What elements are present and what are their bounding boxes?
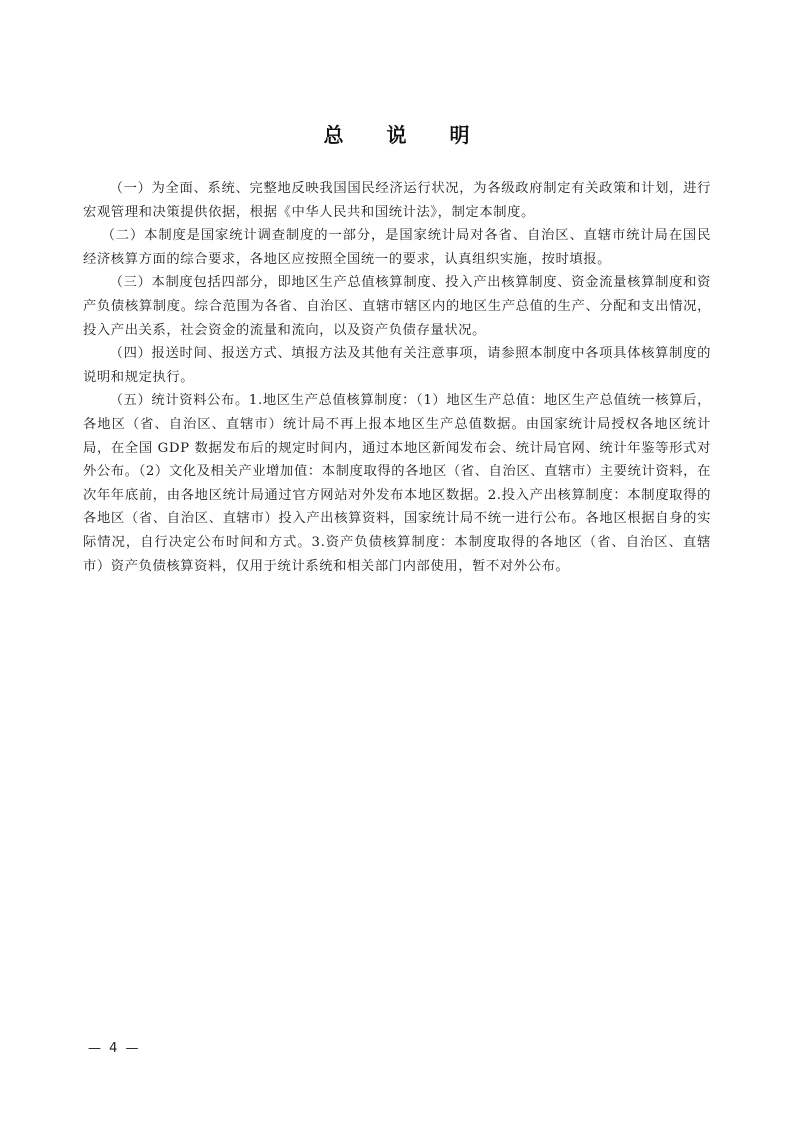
paragraph-4: （四）报送时间、报送方式、填报方法及其他有关注意事项，请参照本制度中各项具体核算… bbox=[83, 342, 711, 389]
page-title: 总 说 明 bbox=[0, 119, 793, 148]
document-body: （一）为全面、系统、完整地反映我国国民经济运行状况，为各级政府制定有关政策和计划… bbox=[83, 177, 711, 578]
paragraph-5: （五）统计资料公布。1.地区生产总值核算制度：（1）地区生产总值：地区生产总值统… bbox=[83, 389, 711, 578]
paragraph-1: （一）为全面、系统、完整地反映我国国民经济运行状况，为各级政府制定有关政策和计划… bbox=[83, 177, 711, 224]
paragraph-3: （三）本制度包括四部分，即地区生产总值核算制度、投入产出核算制度、资金流量核算制… bbox=[83, 271, 711, 342]
page-number: — 4 — bbox=[88, 1041, 141, 1056]
paragraph-2: （二）本制度是国家统计调查制度的一部分，是国家统计局对各省、自治区、直辖市统计局… bbox=[83, 224, 711, 271]
